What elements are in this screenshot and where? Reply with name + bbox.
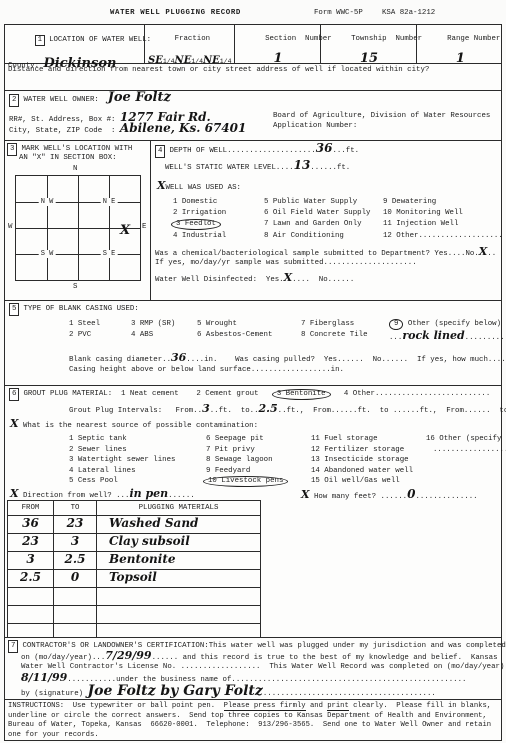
range-number-label: Range Number <box>447 35 500 43</box>
fraction-cell: Fraction SE1/4NE1/4NE1/4 <box>145 25 235 63</box>
direction-value: in pen <box>129 487 168 500</box>
other-dots-pre: ... <box>389 334 402 342</box>
contam-sewer: 2 Sewer lines <box>69 445 127 455</box>
used-option-irrigation: 2 Irrigation <box>173 208 226 218</box>
direction-label: Direction from well? ... <box>23 492 129 500</box>
diameter-label: Blank casing diameter.. <box>69 356 171 364</box>
other-label: Other (specify below) <box>403 320 501 328</box>
casing-option-abs: 4 ABS <box>131 330 153 340</box>
grout-material-pre: GROUT PLUG MATERIAL: 1 Neat cement 2 Cem… <box>23 390 271 398</box>
used-as-label: WELL WAS USED AS: <box>166 184 241 192</box>
to-value: 2.5 <box>54 552 97 569</box>
contam-livestock: 10 Livestock pens <box>203 476 288 486</box>
contam-cesspool: 5 Cess Pool <box>69 476 118 486</box>
owner-section: 2WATER WELL OWNER: Joe Foltz RR#, St. Ad… <box>4 90 502 142</box>
fraction-value: SE1/4NE1/4NE1/4 <box>148 56 231 66</box>
used-option-other: 12 Other................... <box>383 231 503 241</box>
from-value: 36 <box>8 516 54 533</box>
section-2-tag: 2 <box>9 94 19 107</box>
feet-line: X How many feet? ......0.............. <box>301 489 478 502</box>
completed-date-value: 7/29/99 <box>105 649 151 662</box>
used-option-monitoring: 10 Monitoring Well <box>383 208 463 218</box>
contam-fuel: 11 Fuel storage <box>311 434 378 444</box>
casing-option-asbestos: 6 Asbestos-Cement <box>197 330 272 340</box>
agency-label: Board of Agriculture, Division of Water … <box>273 111 490 121</box>
livestock-pens-circle: 10 Livestock pens <box>203 476 288 487</box>
casing-option-wrought: 5 Wrought <box>197 319 237 329</box>
from-value: 3 <box>8 552 54 569</box>
city-value: Abilene, Ks. 67401 <box>120 121 246 135</box>
from-header: FROM <box>8 501 54 515</box>
interval-to-value: 2.5 <box>259 402 278 415</box>
mark-location-section: 3MARK WELL'S LOCATION WITH AN "X" IN SEC… <box>4 140 152 302</box>
mark-title-text1: MARK WELL'S LOCATION WITH <box>21 145 132 153</box>
location-header-row: 1LOCATION OF WATER WELL: County: Dickins… <box>5 25 501 63</box>
sample-dots: .. <box>487 250 496 258</box>
signature-label: by (signature) <box>21 690 88 698</box>
to-value: 0 <box>54 570 97 587</box>
used-option-dewatering: 9 Dewatering <box>383 197 436 207</box>
casing-option-pvc: 2 PVC <box>69 330 91 340</box>
section-4-tag: 4 <box>155 145 165 158</box>
diameter-post: ....in. Was casing pulled? Yes...... No.… <box>186 356 506 364</box>
casing-title-line: 5TYPE OF BLANK CASING USED: <box>9 303 139 316</box>
water-well-plugging-record-form: { "header": { "title": "WATER WELL PLUGG… <box>0 0 506 743</box>
casing-height-line: Casing height above or below land surfac… <box>69 365 344 375</box>
material-value: Clay subsoil <box>97 534 260 551</box>
certification-text1: CONTRACTOR'S OR LANDOWNER'S CERTIFICATIO… <box>22 642 505 650</box>
well-details-section: 4DEPTH OF WELL....................36...f… <box>150 140 502 302</box>
certification-section: 7CONTRACTOR'S OR LANDOWNER'S CERTIFICATI… <box>4 637 502 701</box>
contam-insecticide: 13 Insecticide storage <box>311 455 409 465</box>
plugging-table: FROM TO PLUGGING MATERIALS 36 23 Washed … <box>7 500 261 642</box>
table-row: 36 23 Washed Sand <box>8 516 260 534</box>
instructions-underline2: print <box>327 702 349 711</box>
mark-title-line2: AN "X" IN SECTION BOX: <box>19 153 117 163</box>
casing-option-steel: 1 Steel <box>69 319 100 329</box>
from-value: 2.5 <box>8 570 54 587</box>
grout-material-post: 4 Other.......................... <box>331 390 491 398</box>
well-location-mark: X <box>120 226 130 236</box>
casing-other-value-line: ...rock lined................ <box>389 331 506 343</box>
direction-dots: ...... <box>168 492 195 500</box>
depth-line: 4DEPTH OF WELL....................36...f… <box>155 143 359 158</box>
contam-other-dots: ....................... <box>433 445 506 455</box>
contam-other: 16 Other (specify below) <box>426 434 506 444</box>
material-value: Washed Sand <box>97 516 260 533</box>
section-3-tag: 3 <box>7 143 17 156</box>
table-row: 3 2.5 Bentonite <box>8 552 260 570</box>
application-number-label: Application Number: <box>273 121 357 131</box>
certification-text2: ...... and this record is true to the be… <box>152 654 498 662</box>
casing-option-fiberglass: 7 Fiberglass <box>301 319 354 329</box>
contamination-checkmark: X <box>10 417 19 430</box>
instructions-line1: INSTRUCTIONS: Use typewriter or ball poi… <box>8 702 491 712</box>
casing-option-concrete: 8 Concrete Tile <box>301 330 368 340</box>
contam-abandoned: 14 Abandoned water well <box>311 466 413 476</box>
township-number-cell: Township Number 15 <box>321 25 417 63</box>
material-value <box>97 588 260 605</box>
northeast-label: N E <box>101 198 118 206</box>
to-value <box>54 606 97 623</box>
casing-other-value: rock lined <box>402 329 464 342</box>
southeast-label: S E <box>101 250 118 258</box>
intervals-post: ..ft., From......ft. to ......ft., From.… <box>278 407 506 415</box>
completed-date-label: on (mo/day/year)... <box>21 654 105 662</box>
signature-value: Joe Foltz by Gary Foltz <box>88 683 263 699</box>
contam-septic: 1 Septic tank <box>69 434 127 444</box>
static-level-value: 13 <box>294 158 311 172</box>
contam-lagoon: 8 Sewage lagoon <box>206 455 273 465</box>
contam-watertight: 3 Watertight sewer lines <box>69 455 175 465</box>
static-level-label: WELL'S STATIC WATER LEVEL.... <box>165 164 294 172</box>
location-title: LOCATION OF WATER WELL: <box>49 36 151 44</box>
section-grid: N W N E S W S E X <box>15 175 141 281</box>
used-option-injection: 11 Injection Well <box>383 219 458 229</box>
intervals-mid: ..ft. to.. <box>210 407 259 415</box>
bentonite-circle: 3 Bentonite <box>272 389 331 400</box>
static-level-unit: ......ft. <box>310 164 350 172</box>
from-value: 23 <box>8 534 54 551</box>
used-option-aircond: 8 Air Conditioning <box>264 231 344 241</box>
southwest-label: S W <box>39 250 56 258</box>
owner-value: Joe Foltz <box>108 90 171 105</box>
used-option-lawn: 7 Lawn and Garden Only <box>264 219 362 229</box>
diameter-value: 36 <box>171 351 186 364</box>
table-row: 23 3 Clay subsoil <box>8 534 260 552</box>
statute-number: KSA 82a-1212 <box>382 8 435 18</box>
record-date-value: 8/11/99 <box>21 671 67 684</box>
section-7-tag: 7 <box>8 640 18 653</box>
to-value: 3 <box>54 534 97 551</box>
section-number-value: 1 <box>238 54 317 64</box>
table-row <box>8 588 260 606</box>
feedlot-circle: 3 Feedlot <box>171 219 221 230</box>
section-1-tag: 1 <box>35 35 45 46</box>
other-dots-post: ................ <box>465 334 506 342</box>
instructions-p2: and <box>306 702 328 710</box>
county-cell: 1LOCATION OF WATER WELL: County: Dickins… <box>5 25 145 63</box>
township-number-label: Township Number <box>351 35 422 43</box>
disinfected-yes-checkmark: X <box>284 271 293 284</box>
north-label: N <box>73 165 77 173</box>
used-option-oilfield: 6 Oil Field Water Supply <box>264 208 370 218</box>
range-number-value: 1 <box>420 54 500 64</box>
intervals-pre: Grout Plug Intervals: From.. <box>69 407 202 415</box>
casing-diameter-line: Blank casing diameter..36....in. Was cas… <box>69 353 506 365</box>
contam-feedyard: 9 Feedyard <box>206 466 250 476</box>
material-value: Topsoil <box>97 570 260 587</box>
fraction-label: Fraction <box>175 35 210 43</box>
northwest-label: N W <box>39 198 56 206</box>
east-label: E <box>142 223 146 231</box>
disinfected-line: Water Well Disinfected: Yes.X.... No....… <box>155 273 354 285</box>
contamination-question-line: X What is the nearest source of possible… <box>10 419 258 431</box>
from-value <box>8 588 54 605</box>
contam-fertilizer: 12 Fertilizer storage <box>311 445 404 455</box>
range-number-cell: Range Number 1 <box>417 25 503 63</box>
depth-unit: ...ft. <box>333 147 360 155</box>
casing-title: TYPE OF BLANK CASING USED: <box>23 305 138 313</box>
static-level-line: WELL'S STATIC WATER LEVEL....13......ft. <box>165 160 350 173</box>
signature-dots: ....................................... <box>263 690 436 698</box>
ifyes-line: If yes, mo/day/yr sample was submitted..… <box>155 258 417 268</box>
instructions-p1: INSTRUCTIONS: Use typewriter or ball poi… <box>8 702 224 710</box>
grout-intervals-line: Grout Plug Intervals: From..3..ft. to..2… <box>69 404 506 416</box>
materials-header: PLUGGING MATERIALS <box>97 501 260 515</box>
to-value: 23 <box>54 516 97 533</box>
instructions-line3: Bureau of Water, Topeka, Kansas 66620-00… <box>8 721 491 731</box>
instructions-section: INSTRUCTIONS: Use typewriter or ball poi… <box>4 699 502 741</box>
disinfected-label: Water Well Disinfected: Yes. <box>155 276 284 284</box>
used-option-feedlot: 3 Feedlot <box>171 219 221 229</box>
section-5-tag: 5 <box>9 303 19 316</box>
casing-option-other: 9 Other (specify below) <box>389 319 501 329</box>
grid-hline <box>16 254 140 255</box>
used-as-checkmark: X <box>157 179 166 192</box>
to-header: TO <box>54 501 97 515</box>
west-label: W <box>8 223 12 231</box>
location-section: 1LOCATION OF WATER WELL: County: Dickins… <box>4 24 502 92</box>
certification-line3: Water Well Contractor's License No. ....… <box>21 662 504 672</box>
city-line: City, State, ZIP Code : Abilene, Ks. 674… <box>9 123 246 136</box>
owner-label: WATER WELL OWNER: <box>23 96 98 104</box>
contam-oilwell: 15 Oil well/Gas well <box>311 476 400 486</box>
from-value <box>8 606 54 623</box>
interval-from-value: 3 <box>202 402 210 415</box>
section-6-tag: 6 <box>9 388 19 401</box>
table-row <box>8 606 260 624</box>
contam-lateral: 4 Lateral lines <box>69 466 136 476</box>
instructions-p3: clearly. Please fill in blanks, <box>349 702 491 710</box>
to-value <box>54 588 97 605</box>
table-row: 2.5 0 Topsoil <box>8 570 260 588</box>
casing-section: 5TYPE OF BLANK CASING USED: 1 Steel 2 PV… <box>4 300 502 387</box>
section-number-cell: Section Number 1 <box>235 25 321 63</box>
signature-line: by (signature) Joe Foltz by Gary Foltz..… <box>21 686 436 699</box>
depth-value: 36 <box>316 141 333 155</box>
instructions-line4: one for your records. <box>8 731 99 741</box>
sample-question: Was a chemical/bacteriological sample su… <box>155 250 479 258</box>
used-option-industrial: 4 Industrial <box>173 231 226 241</box>
used-as-line: XWELL WAS USED AS: <box>157 181 241 193</box>
owner-line: 2WATER WELL OWNER: Joe Foltz <box>9 93 171 107</box>
grid-hline <box>16 202 140 203</box>
contam-seepage: 6 Seepage pit <box>206 434 264 444</box>
form-number: Form WWC-5P <box>314 8 363 18</box>
feet-checkmark: X <box>301 488 310 501</box>
instructions-underline1: Please press firmly <box>224 702 306 711</box>
feet-dots: .............. <box>415 493 477 501</box>
grout-section: 6GROUT PLUG MATERIAL: 1 Neat cement 2 Ce… <box>4 385 502 639</box>
township-number-value: 15 <box>324 54 413 64</box>
south-label: S <box>73 283 77 291</box>
contam-pitprivy: 7 Pit privy <box>206 445 255 455</box>
direction-checkmark: X <box>10 487 19 500</box>
casing-option-rmp: 3 RMP (SR) <box>131 319 175 329</box>
plugging-table-header: FROM TO PLUGGING MATERIALS <box>8 501 260 516</box>
disinfected-dots: .... No...... <box>292 276 354 284</box>
form-title: WATER WELL PLUGGING RECORD <box>110 8 241 18</box>
depth-label: DEPTH OF WELL.................... <box>169 147 315 155</box>
contamination-label: What is the nearest source of possible c… <box>23 422 258 430</box>
feet-label: How many feet? ...... <box>314 493 407 501</box>
grout-material-line: 6GROUT PLUG MATERIAL: 1 Neat cement 2 Ce… <box>9 388 490 401</box>
instructions-line2: underline or circle the correct answers.… <box>8 712 487 722</box>
used-option-public-supply: 5 Public Water Supply <box>264 197 357 207</box>
material-value <box>97 606 260 623</box>
city-label: City, State, ZIP Code : <box>9 127 115 135</box>
used-option-domestic: 1 Domestic <box>173 197 217 207</box>
material-value: Bentonite <box>97 552 260 569</box>
